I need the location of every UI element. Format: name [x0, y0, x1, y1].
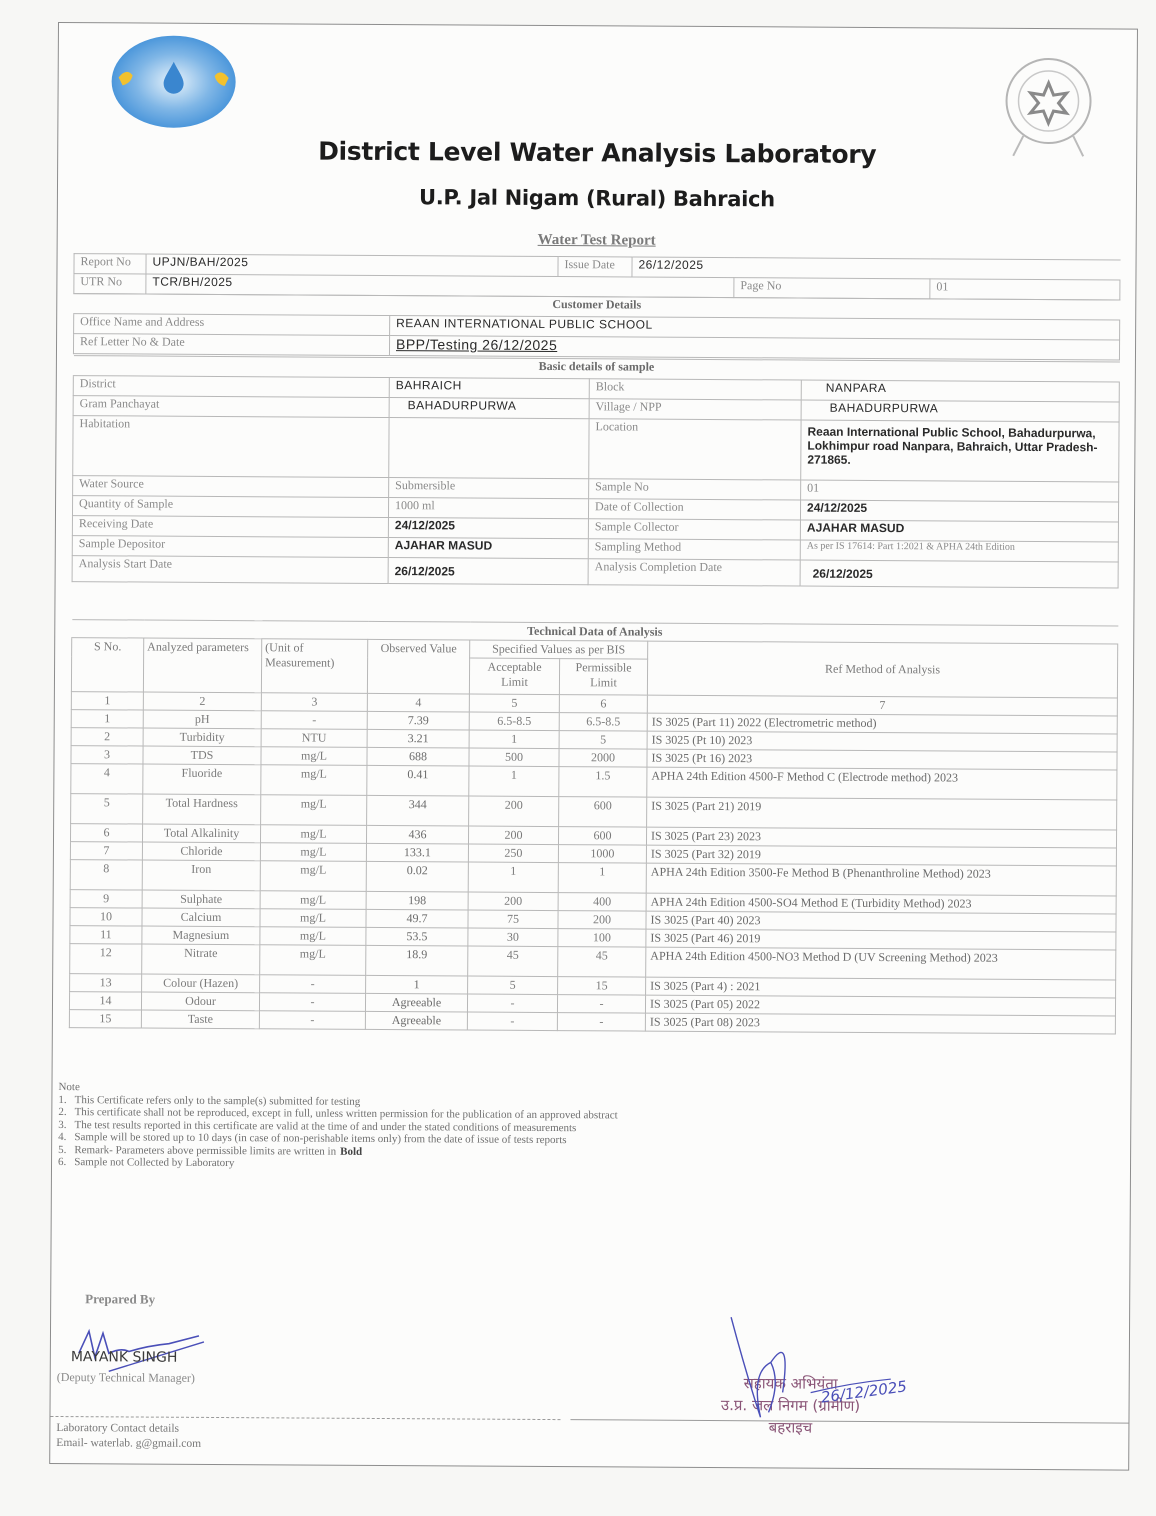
- cell-acceptable: -: [467, 1012, 557, 1031]
- gram-panchayat-value: BAHADURPURWA: [389, 398, 589, 419]
- cell-acceptable: 45: [468, 946, 558, 977]
- cell-acceptable: 5: [468, 976, 558, 995]
- cell-sno: 11: [70, 926, 142, 944]
- district-label: District: [73, 376, 389, 398]
- cell-param: Odour: [141, 992, 259, 1011]
- report-no-label: Report No: [74, 254, 146, 274]
- lab-contact: Laboratory Contact details Email- waterl…: [56, 1421, 201, 1452]
- note-number: 5.: [58, 1144, 66, 1157]
- col-header-param: Analyzed parameters: [143, 638, 261, 693]
- cell-observed: 436: [366, 825, 468, 844]
- cell-method: IS 3025 (Part 08) 2023: [645, 1013, 1115, 1034]
- cell-observed: 1: [366, 975, 468, 994]
- sampling-method-value: As per IS 17614: Part 1:2021 & APHA 24th…: [800, 540, 1118, 562]
- sample-no-label: Sample No: [589, 479, 801, 500]
- cell-acceptable: 30: [468, 928, 558, 947]
- receiving-date-label: Receiving Date: [72, 516, 388, 538]
- cell-sno: 7: [70, 842, 142, 860]
- note-number: 1.: [58, 1094, 66, 1107]
- cell-sno: 5: [71, 794, 143, 824]
- lab-title: District Level Water Analysis Laboratory: [58, 135, 1136, 171]
- col-header-bis: Specified Values as per BIS: [470, 640, 648, 659]
- cell-permissible: 45: [558, 947, 646, 978]
- block-value: NANPARA: [801, 380, 1119, 402]
- cell-permissible: 1000: [558, 845, 646, 864]
- cell-acceptable: 200: [468, 892, 558, 911]
- cell-permissible: 1: [558, 863, 646, 894]
- cell-param: Colour (Hazen): [142, 974, 260, 993]
- cell-observed: 0.41: [367, 765, 469, 796]
- cell-param: TDS: [143, 746, 261, 765]
- cell-observed: 7.39: [367, 711, 469, 730]
- cell-permissible: 600: [558, 827, 646, 846]
- footer-divider: [50, 1416, 560, 1420]
- cell-method: APHA 24th Edition 3500-Fe Method B (Phen…: [646, 863, 1116, 896]
- cell-unit: mg/L: [260, 909, 366, 928]
- completion-date-label: Analysis Completion Date: [588, 559, 800, 586]
- note-number: 3.: [58, 1119, 66, 1132]
- cell-sno: 6: [70, 824, 142, 842]
- ref-letter-value: BPP/Testing 26/12/2025: [389, 336, 1119, 360]
- ref-letter-label: Ref Letter No & Date: [73, 334, 389, 356]
- block-label: Block: [589, 379, 801, 400]
- column-number-2: 2: [143, 692, 261, 711]
- cell-observed: 0.02: [366, 861, 468, 892]
- column-number-3: 3: [261, 693, 367, 712]
- cell-sno: 14: [69, 992, 141, 1010]
- cell-observed: 344: [367, 795, 469, 826]
- cell-permissible: 1.5: [559, 767, 647, 798]
- cell-unit: -: [259, 993, 365, 1012]
- note-text: Sample not Collected by Laboratory: [74, 1156, 234, 1169]
- cell-permissible: 15: [558, 977, 646, 996]
- jal-nigam-logo-icon: [108, 33, 239, 134]
- lab-subtitle: U.P. Jal Nigam (Rural) Bahraich: [58, 183, 1136, 214]
- cell-observed: Agreeable: [365, 993, 467, 1012]
- note-number: 2.: [58, 1106, 66, 1119]
- cell-unit: -: [259, 1011, 365, 1030]
- cell-param: Calcium: [142, 908, 260, 927]
- cell-unit: -: [261, 711, 367, 730]
- sampling-method-label: Sampling Method: [588, 539, 800, 560]
- water-source-label: Water Source: [73, 476, 389, 498]
- col-header-acceptable: Acceptable Limit: [469, 658, 559, 695]
- cell-acceptable: 200: [469, 796, 559, 827]
- column-number-4: 4: [367, 693, 469, 712]
- col-header-observed: Observed Value: [367, 639, 469, 694]
- cell-param: Taste: [141, 1010, 259, 1029]
- receiving-date-value: 24/12/2025: [388, 518, 588, 539]
- cell-observed: Agreeable: [365, 1011, 467, 1030]
- cell-sno: 3: [71, 746, 143, 764]
- col-header-sno: S No.: [71, 638, 143, 692]
- cell-unit: mg/L: [261, 747, 367, 766]
- cell-acceptable: 6.5-8.5: [469, 712, 559, 731]
- note-item: 6.Sample not Collected by Laboratory: [58, 1156, 617, 1172]
- cell-acceptable: 1: [469, 730, 559, 749]
- report-no-value: UPJN/BAH/2025: [146, 254, 558, 277]
- location-value: Reaan International Public School, Bahad…: [801, 420, 1119, 482]
- cell-unit: mg/L: [260, 861, 366, 892]
- cell-acceptable: 1: [468, 862, 558, 893]
- cell-acceptable: -: [467, 994, 557, 1013]
- cell-sno: 10: [70, 908, 142, 926]
- cell-method: APHA 24th Edition 4500-F Method C (Elect…: [647, 767, 1117, 800]
- cell-acceptable: 200: [468, 826, 558, 845]
- cell-sno: 9: [70, 890, 142, 908]
- column-number-5: 5: [469, 694, 559, 713]
- signatory-role: (Deputy Technical Manager): [57, 1370, 195, 1386]
- cell-unit: mg/L: [260, 945, 366, 976]
- col-header-method: Ref Method of Analysis: [647, 641, 1117, 698]
- habitation-label: Habitation: [73, 416, 389, 478]
- report-label: Water Test Report: [58, 229, 1136, 253]
- technical-data-table: Technical Data of Analysis S No. Analyze…: [69, 619, 1119, 1034]
- col-header-unit: (Unit of Measurement): [261, 639, 367, 694]
- depositor-value: AJAHAR MASUD: [388, 538, 588, 559]
- cell-unit: mg/L: [260, 825, 366, 844]
- water-source-value: Submersible: [389, 478, 589, 499]
- cell-unit: mg/L: [260, 843, 366, 862]
- collector-label: Sample Collector: [588, 519, 800, 540]
- cell-observed: 49.7: [366, 909, 468, 928]
- collection-date-label: Date of Collection: [588, 499, 800, 520]
- cell-permissible: 400: [558, 893, 646, 912]
- cell-acceptable: 75: [468, 910, 558, 929]
- cell-param: Magnesium: [142, 926, 260, 945]
- sample-no-value: 01: [801, 480, 1119, 502]
- note-number: 4.: [58, 1131, 66, 1144]
- cell-param: Nitrate: [142, 944, 260, 975]
- cell-sno: 4: [71, 764, 143, 794]
- sample-details-table: Basic details of sample District BAHRAIC…: [72, 355, 1120, 588]
- column-number-6: 6: [559, 695, 647, 714]
- col-header-permissible: Permissible Limit: [559, 659, 647, 696]
- cell-acceptable: 1: [469, 766, 559, 797]
- cell-observed: 53.5: [366, 927, 468, 946]
- cell-permissible: -: [557, 1013, 645, 1032]
- cell-param: Iron: [142, 860, 260, 891]
- start-date-label: Analysis Start Date: [72, 556, 388, 584]
- issue-date-label: Issue Date: [558, 257, 632, 277]
- technical-data-body: 1pH-7.396.5-8.56.5-8.5IS 3025 (Part 11) …: [69, 710, 1117, 1034]
- note-bold-word: Bold: [340, 1145, 362, 1158]
- contact-email: Email- waterlab. g@gmail.com: [56, 1436, 201, 1452]
- notes-list: 1.This Certificate refers only to the sa…: [58, 1094, 618, 1172]
- cell-sno: 1: [71, 710, 143, 728]
- cell-param: Chloride: [142, 842, 260, 861]
- cell-param: Sulphate: [142, 890, 260, 909]
- utr-no-label: UTR No: [74, 274, 146, 294]
- column-number-1: 1: [71, 692, 143, 710]
- collector-value: AJAHAR MASUD: [800, 520, 1118, 542]
- notes-section: Note 1.This Certificate refers only to t…: [58, 1081, 618, 1172]
- note-number: 6.: [58, 1156, 66, 1169]
- cell-permissible: 200: [558, 911, 646, 930]
- customer-details-table: Customer Details Office Name and Address…: [73, 293, 1120, 360]
- depositor-label: Sample Depositor: [72, 536, 388, 558]
- cell-observed: 133.1: [366, 843, 468, 862]
- location-label: Location: [589, 419, 801, 480]
- cell-unit: mg/L: [261, 795, 367, 826]
- cell-sno: 15: [69, 1010, 141, 1028]
- cell-permissible: 100: [558, 929, 646, 948]
- cell-acceptable: 500: [469, 748, 559, 767]
- cell-permissible: 6.5-8.5: [559, 713, 647, 732]
- cell-sno: 8: [70, 860, 142, 890]
- cell-param: Total Hardness: [143, 794, 261, 825]
- prepared-by-label: Prepared By: [85, 1291, 155, 1307]
- cell-sno: 2: [71, 728, 143, 746]
- collection-date-value: 24/12/2025: [800, 500, 1118, 522]
- cell-unit: -: [260, 975, 366, 994]
- cell-permissible: 5: [559, 731, 647, 750]
- cell-acceptable: 250: [468, 844, 558, 863]
- office-label: Office Name and Address: [74, 314, 390, 336]
- district-value: BAHRAICH: [389, 378, 589, 399]
- cell-unit: mg/L: [260, 927, 366, 946]
- village-value: BAHADURPURWA: [801, 400, 1119, 422]
- cell-unit: mg/L: [260, 891, 366, 910]
- report-page: District Level Water Analysis Laboratory…: [49, 22, 1138, 1471]
- contact-title: Laboratory Contact details: [56, 1421, 201, 1437]
- cell-observed: 198: [366, 891, 468, 910]
- cell-observed: 688: [367, 747, 469, 766]
- cell-unit: NTU: [261, 729, 367, 748]
- page-no-label: Page No: [734, 278, 930, 299]
- start-date-value: 26/12/2025: [388, 558, 588, 585]
- cell-param: Turbidity: [143, 728, 261, 747]
- cell-permissible: 2000: [559, 749, 647, 768]
- gram-panchayat-label: Gram Panchayat: [73, 396, 389, 418]
- cell-sno: 13: [70, 974, 142, 992]
- cell-unit: mg/L: [261, 765, 367, 796]
- habitation-value: [389, 418, 589, 479]
- cell-param: pH: [143, 710, 261, 729]
- cell-sno: 12: [70, 944, 142, 974]
- cell-method: IS 3025 (Part 21) 2019: [647, 797, 1117, 830]
- quantity-label: Quantity of Sample: [72, 496, 388, 518]
- cell-method: APHA 24th Edition 4500-NO3 Method D (UV …: [646, 947, 1116, 980]
- village-label: Village / NPP: [589, 399, 801, 420]
- cell-permissible: 600: [559, 797, 647, 828]
- cell-observed: 18.9: [366, 945, 468, 976]
- cell-observed: 3.21: [367, 729, 469, 748]
- completion-date-value: 26/12/2025: [800, 560, 1118, 588]
- cell-permissible: -: [557, 995, 645, 1014]
- signatory-name: MAYANK SINGH: [71, 1349, 178, 1366]
- cell-param: Total Alkalinity: [142, 824, 260, 843]
- page-no-value: 01: [930, 279, 1120, 300]
- cell-param: Fluoride: [143, 764, 261, 795]
- quantity-value: 1000 ml: [388, 498, 588, 519]
